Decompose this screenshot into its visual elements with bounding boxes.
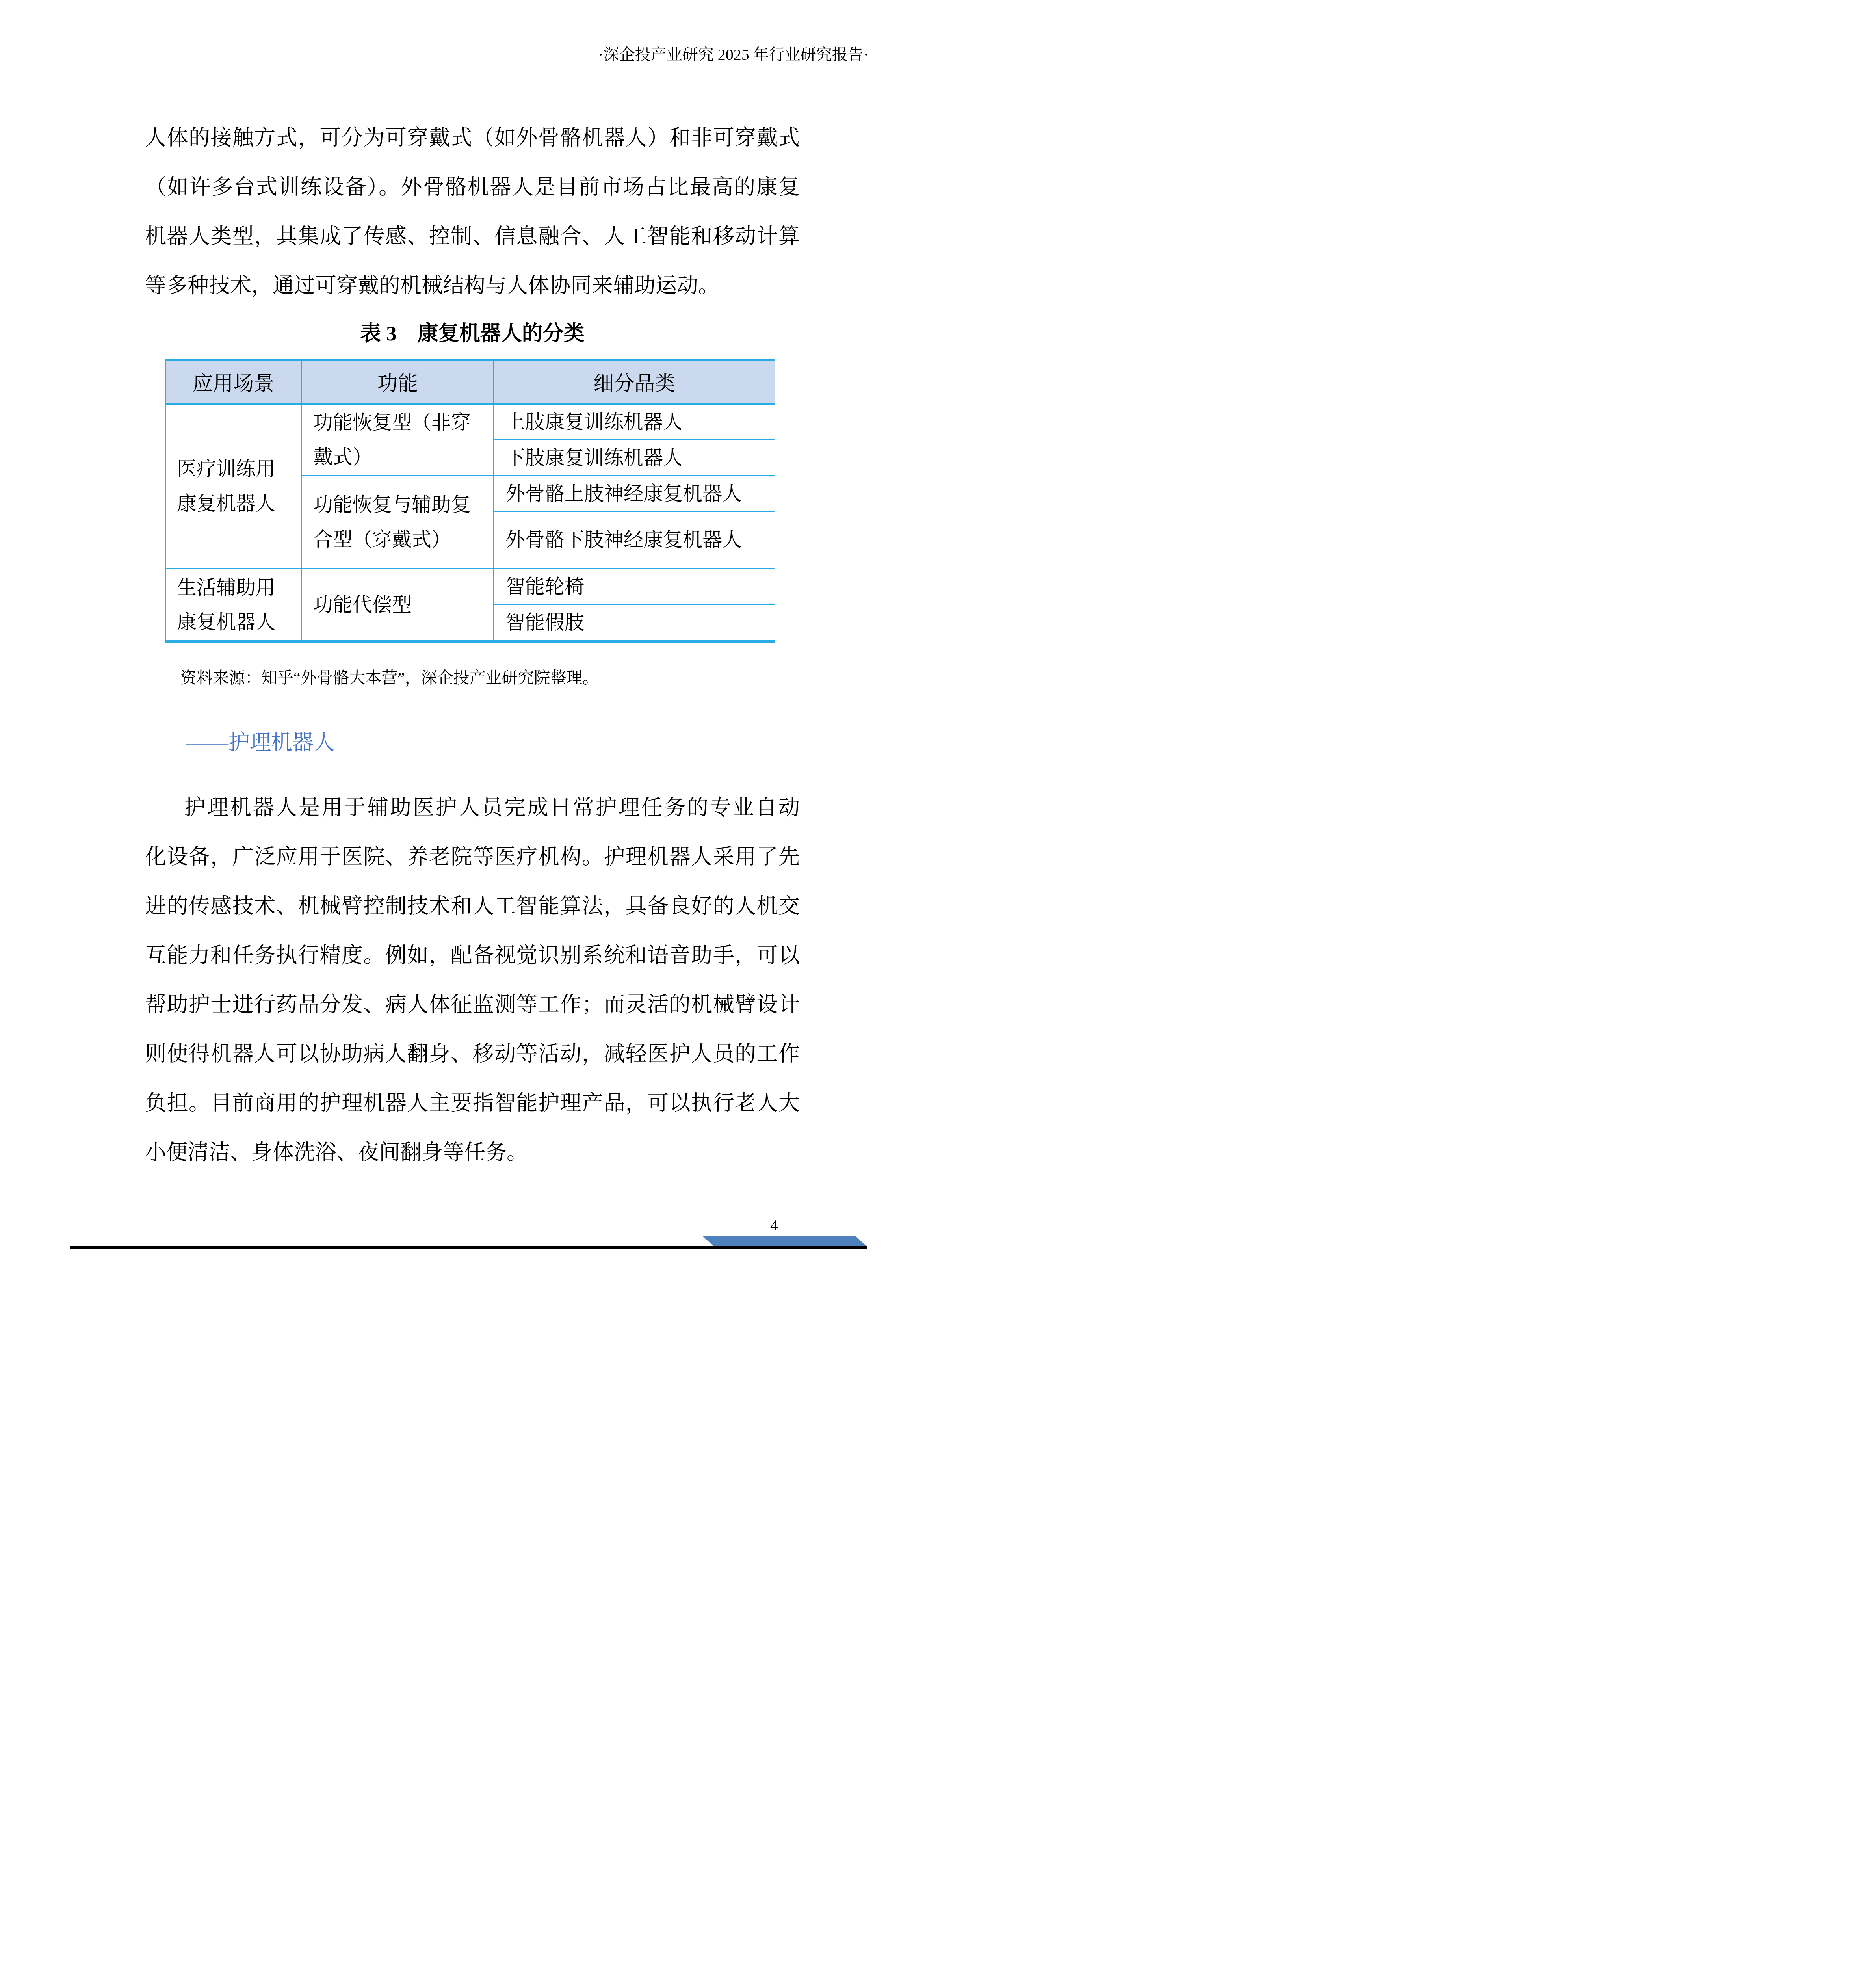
paragraph-line: 进的传感技术、机械臂控制技术和人工智能算法，具备良好的人机交: [145, 882, 800, 931]
scene-cell: 生活辅助用康复机器人: [165, 569, 302, 641]
subtype-cell: 下肢康复训练机器人: [494, 440, 775, 476]
paragraph-line: 人体的接触方式，可分为可穿戴式（如外骨骼机器人）和非可穿戴式: [145, 113, 800, 163]
paragraph-line: 化设备，广泛应用于医院、养老院等医疗机构。护理机器人采用了先: [145, 833, 800, 882]
page-header-text: ·深企投产业研究 2025 年行业研究报告·: [145, 45, 869, 65]
paragraph-line: 则使得机器人可以协助病人翻身、移动等活动，减轻医护人员的工作: [145, 1030, 800, 1079]
paragraph-1: 人体的接触方式，可分为可穿戴式（如外骨骼机器人）和非可穿戴式 （如许多台式训练设…: [145, 113, 800, 310]
table-row: 医疗训练用康复机器人 功能恢复型（非穿戴式） 上肢康复训练机器人: [165, 403, 775, 440]
paragraph-line: 等多种技术，通过可穿戴的机械结构与人体协同来辅助运动。: [145, 261, 800, 310]
paragraph-line: 负担。目前商用的护理机器人主要指智能护理产品，可以执行老人大: [145, 1079, 800, 1128]
scene-cell: 医疗训练用康复机器人: [165, 403, 302, 569]
column-header-function: 功能: [302, 360, 494, 403]
function-cell: 功能恢复与辅助复合型（穿戴式）: [302, 476, 494, 569]
subtype-cell: 智能轮椅: [494, 569, 775, 605]
subtype-cell: 外骨骼上肢神经康复机器人: [494, 476, 775, 511]
document-page: ·深企投产业研究 2025 年行业研究报告· 人体的接触方式，可分为可穿戴式（如…: [0, 0, 938, 1327]
function-cell: 功能恢复型（非穿戴式）: [302, 403, 494, 476]
footer-ribbon-shape: [703, 1236, 867, 1246]
paragraph-line: （如许多台式训练设备）。外骨骼机器人是目前市场占比最高的康复: [145, 163, 800, 212]
paragraph-2: 护理机器人是用于辅助医护人员完成日常护理任务的专业自动 化设备，广泛应用于医院、…: [145, 783, 800, 1177]
paragraph-line: 机器人类型，其集成了传感、控制、信息融合、人工智能和移动计算: [145, 212, 800, 261]
subtype-cell: 外骨骼下肢神经康复机器人: [494, 511, 775, 569]
column-header-scene: 应用场景: [165, 360, 302, 403]
column-header-subtype: 细分品类: [494, 360, 775, 403]
table-title: 表 3 康复机器人的分类: [145, 309, 800, 359]
subsection-heading: ——护理机器人: [186, 718, 335, 768]
table-header-row: 应用场景 功能 细分品类: [165, 360, 775, 403]
function-cell: 功能代偿型: [302, 569, 494, 641]
subtype-cell: 上肢康复训练机器人: [494, 403, 775, 440]
paragraph-line: 小便清洁、身体洗浴、夜间翻身等任务。: [145, 1128, 800, 1177]
source-note: 资料来源：知乎“外骨骼大本营”，深企投产业研究院整理。: [180, 666, 598, 689]
subtype-cell: 智能假肢: [494, 605, 775, 641]
page-number: 4: [754, 1214, 794, 1236]
table-row: 生活辅助用康复机器人 功能代偿型 智能轮椅: [165, 569, 775, 605]
footer-rule: [70, 1246, 867, 1249]
classification-table: 应用场景 功能 细分品类 医疗训练用康复机器人 功能恢复型（非穿戴式） 上肢康复…: [165, 359, 775, 643]
paragraph-line: 护理机器人是用于辅助医护人员完成日常护理任务的专业自动: [145, 783, 800, 833]
paragraph-line: 帮助护士进行药品分发、病人体征监测等工作；而灵活的机械臂设计: [145, 980, 800, 1030]
paragraph-line: 互能力和任务执行精度。例如，配备视觉识别系统和语音助手，可以: [145, 931, 800, 980]
